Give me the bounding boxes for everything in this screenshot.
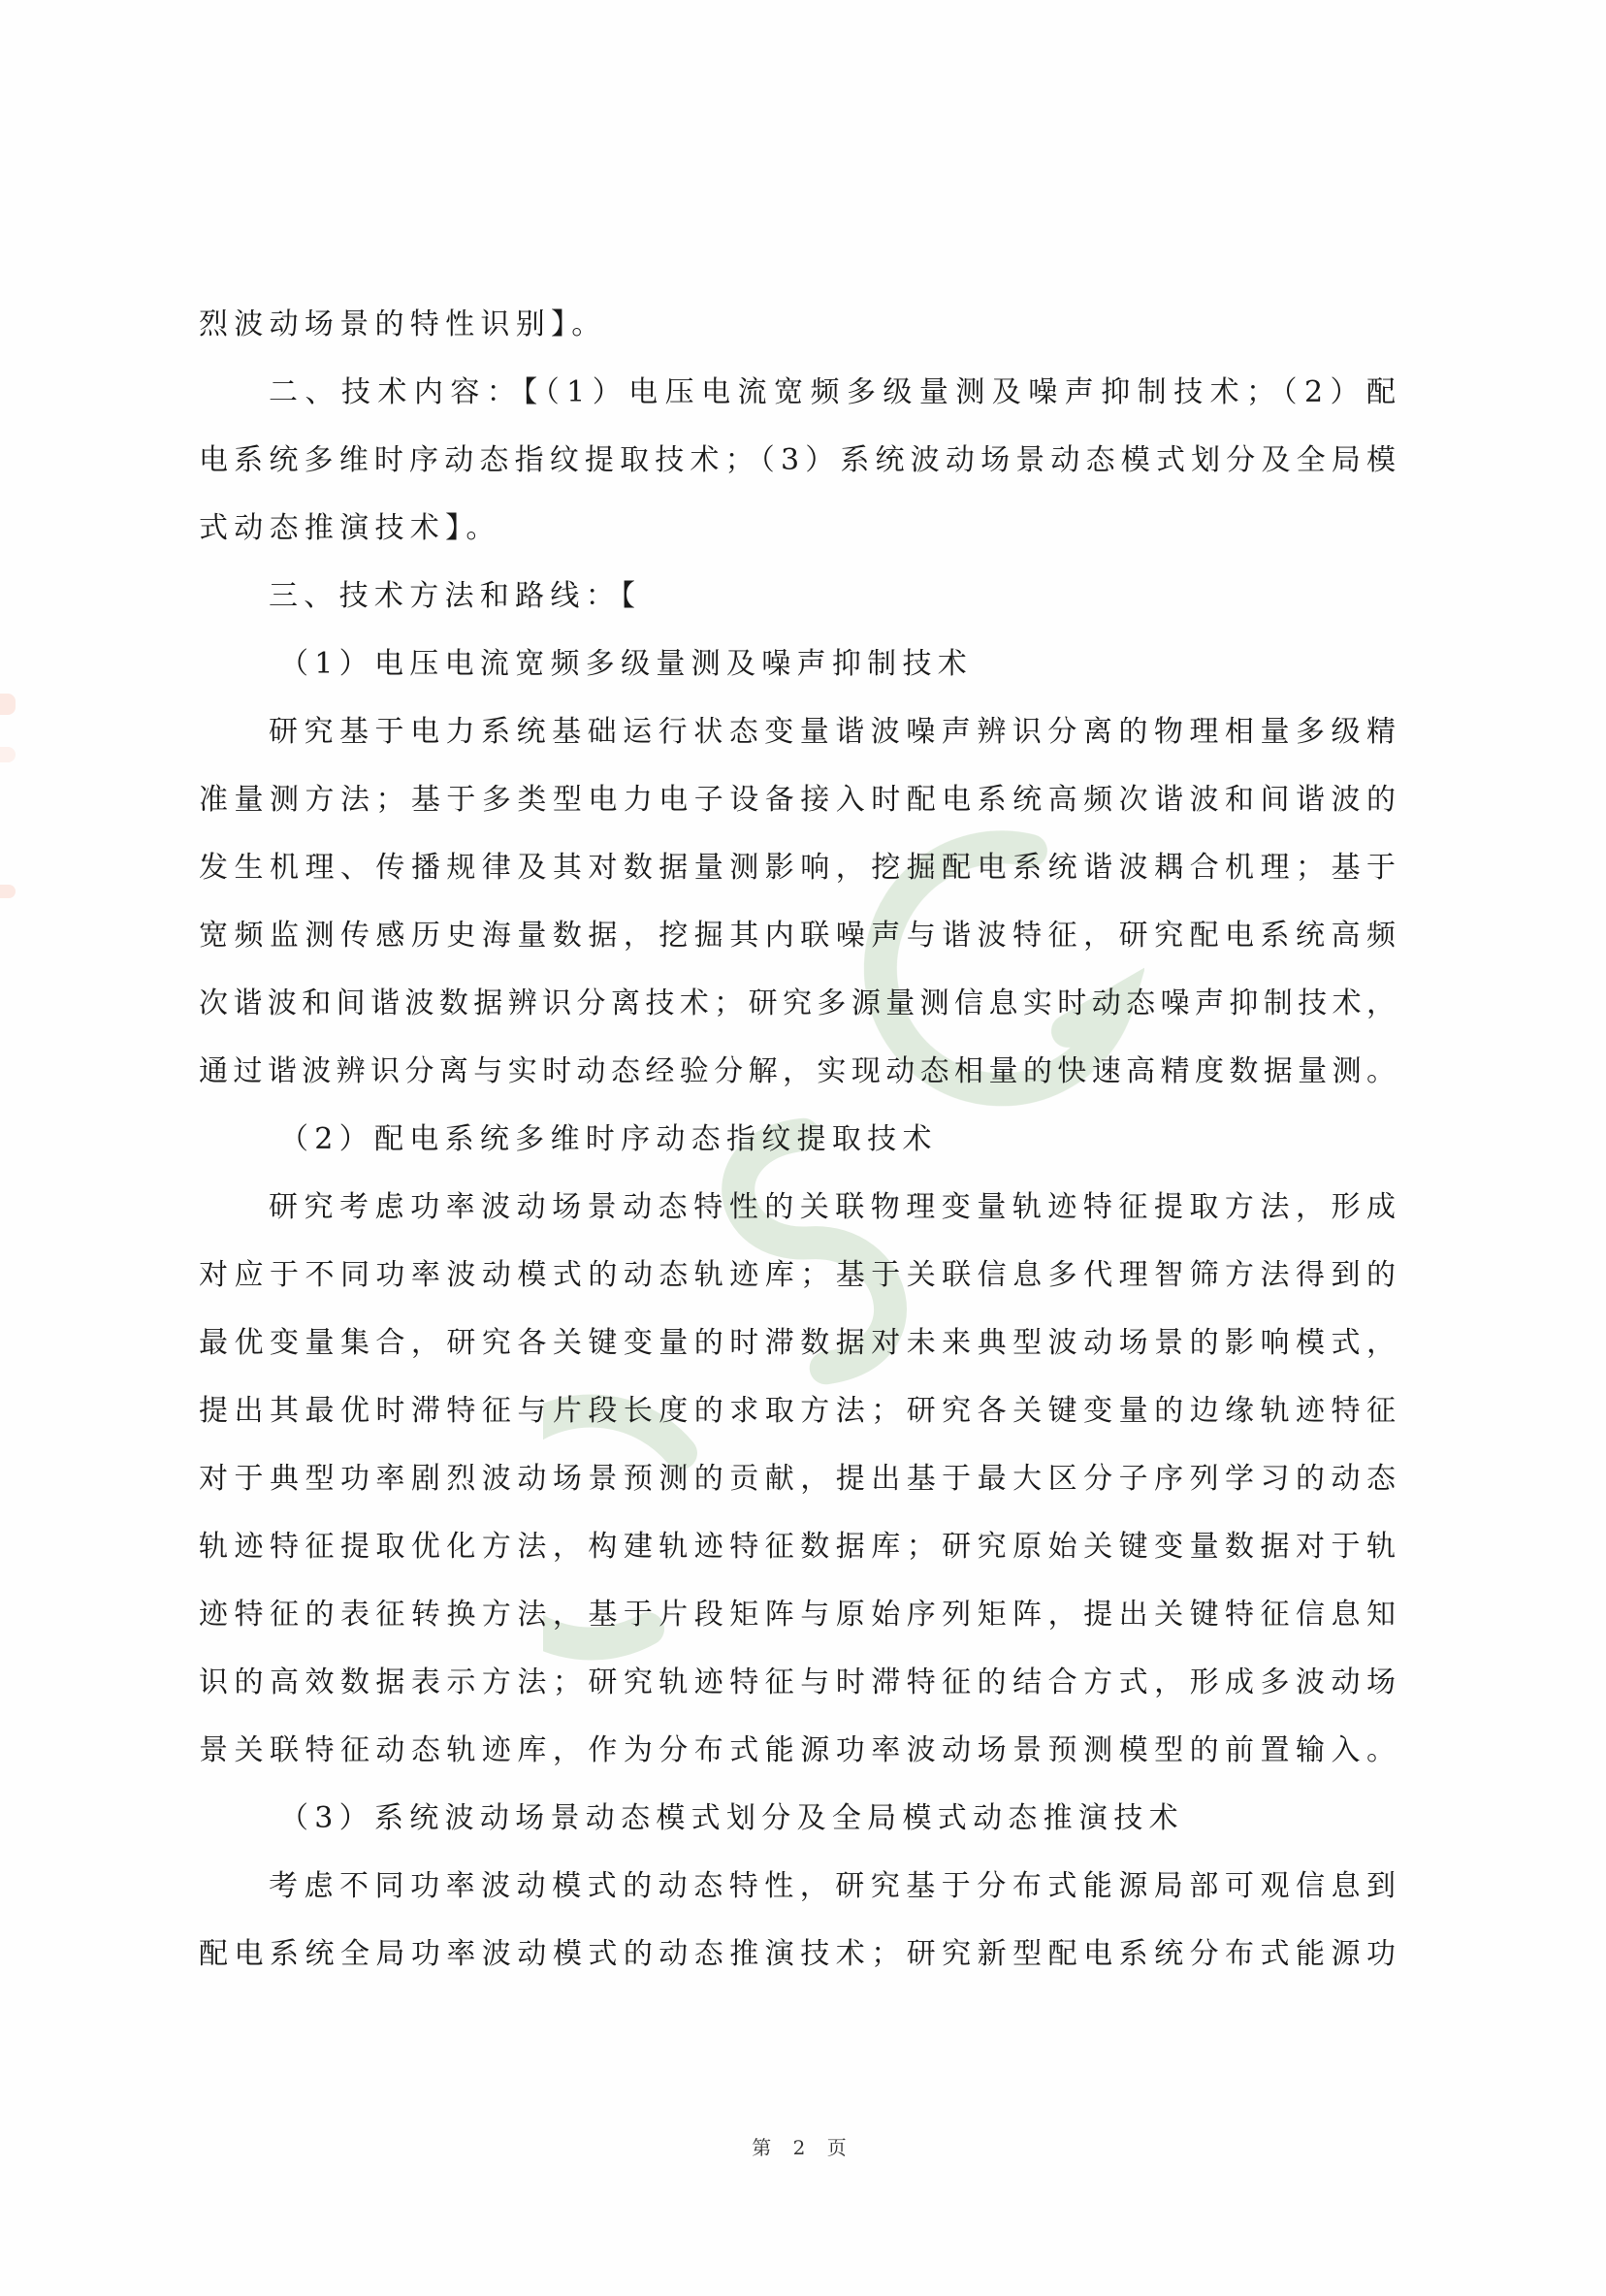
text-line: 对于典型功率剧烈波动场景预测的贡献，提出基于最大区分子序列学习的动态	[199, 1460, 1397, 1499]
text-line: 烈波动场景的特性识别】。	[199, 306, 1397, 344]
document-page: 烈波动场景的特性识别】。 二、技术内容：【（1）电压电流宽频多级量测及噪声抑制技…	[0, 0, 1606, 2296]
subsection-heading: （1）电压电流宽频多级量测及噪声抑制技术	[279, 645, 1397, 684]
text-line: 通过谐波辨识分离与实时动态经验分解，实现动态相量的快速高精度数据量测。	[199, 1052, 1397, 1091]
text-line: 迹特征的表征转换方法，基于片段矩阵与原始序列矩阵，提出关键特征信息知	[199, 1596, 1397, 1634]
subsection-heading: （2）配电系统多维时序动态指纹提取技术	[279, 1120, 1397, 1159]
text-line: 次谐波和间谐波数据辨识分离技术；研究多源量测信息实时动态噪声抑制技术，	[199, 985, 1397, 1023]
text-line: 对应于不同功率波动模式的动态轨迹库；基于关联信息多代理智筛方法得到的	[199, 1256, 1397, 1295]
scan-stain	[0, 747, 16, 762]
scan-stain	[0, 694, 16, 715]
text-line: 准量测方法；基于多类型电力电子设备接入时配电系统高频次谐波和间谐波的	[199, 781, 1397, 820]
text-line: 式动态推演技术】。	[199, 509, 1397, 548]
subsection-heading: （3）系统波动场景动态模式划分及全局模式动态推演技术	[279, 1799, 1397, 1838]
scan-stain	[0, 885, 16, 898]
text-line: 景关联特征动态轨迹库，作为分布式能源功率波动场景预测模型的前置输入。	[199, 1731, 1397, 1770]
text-line: 研究基于电力系统基础运行状态变量谐波噪声辨识分离的物理相量多级精	[269, 713, 1397, 752]
text-line: 轨迹特征提取优化方法，构建轨迹特征数据库；研究原始关键变量数据对于轨	[199, 1528, 1397, 1567]
text-line: 发生机理、传播规律及其对数据量测影响，挖掘配电系统谐波耦合机理；基于	[199, 849, 1397, 888]
page-number: 第 2 页	[0, 2132, 1606, 2160]
text-line: 研究考虑功率波动场景动态特性的关联物理变量轨迹特征提取方法，形成	[269, 1188, 1397, 1227]
text-line: 识的高效数据表示方法；研究轨迹特征与时滞特征的结合方式，形成多波动场	[199, 1664, 1397, 1702]
text-line: 配电系统全局功率波动模式的动态推演技术；研究新型配电系统分布式能源功	[199, 1935, 1397, 1974]
text-line: 二、技术内容：【（1）电压电流宽频多级量测及噪声抑制技术；（2）配	[269, 373, 1397, 412]
text-line: 最优变量集合，研究各关键变量的时滞数据对未来典型波动场景的影响模式，	[199, 1324, 1397, 1363]
text-line: 电系统多维时序动态指纹提取技术；（3）系统波动场景动态模式划分及全局模	[199, 441, 1397, 480]
text-line: 提出其最优时滞特征与片段长度的求取方法；研究各关键变量的边缘轨迹特征	[199, 1392, 1397, 1431]
text-line: 宽频监测传感历史海量数据，挖掘其内联噪声与谐波特征，研究配电系统高频	[199, 917, 1397, 955]
section-heading: 三、技术方法和路线：【	[269, 577, 1397, 616]
text-line: 考虑不同功率波动模式的动态特性，研究基于分布式能源局部可观信息到	[269, 1867, 1397, 1906]
